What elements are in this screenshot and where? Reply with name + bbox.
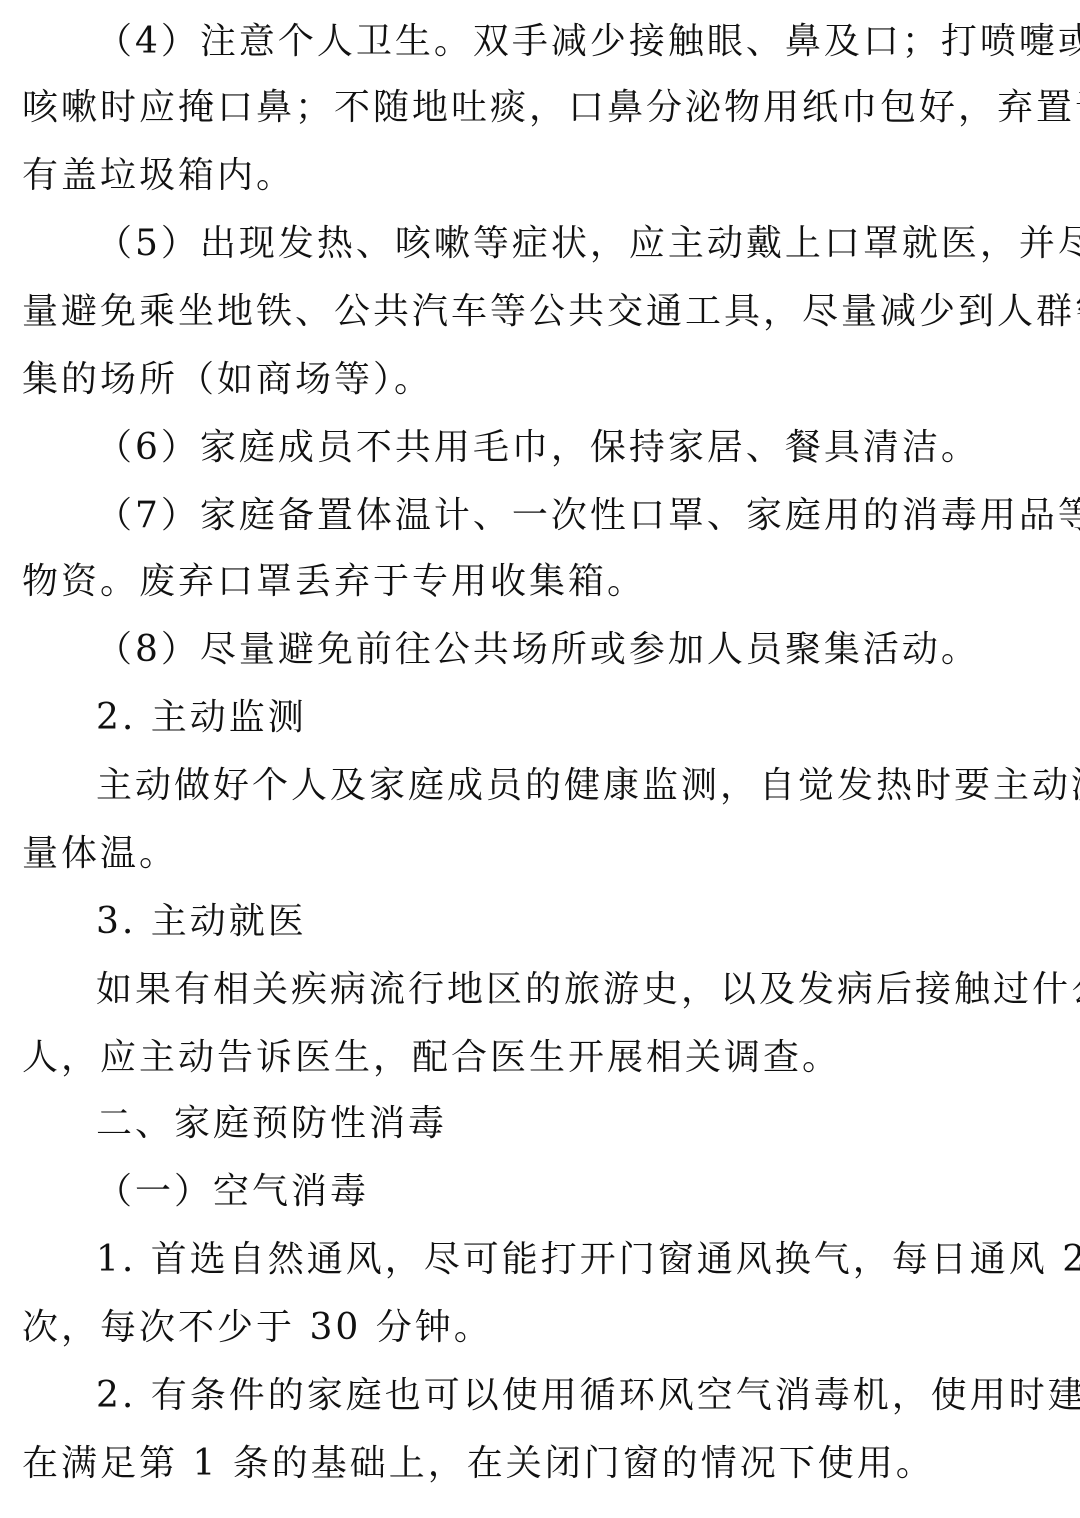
paragraph-line: 如果有相关疾病流行地区的旅游史，以及发病后接触过什么 (96, 966, 1062, 1014)
subsection-heading-air-disinfection: （一）空气消毒 (96, 1168, 1062, 1216)
paragraph-line: 1. 首选自然通风，尽可能打开门窗通风换气，每日通风 2-3 (96, 1236, 1062, 1284)
paragraph-line: 在满足第 1 条的基础上，在关闭门窗的情况下使用。 (22, 1440, 1062, 1488)
paragraph-line: （6）家庭成员不共用毛巾，保持家居、餐具清洁。 (96, 424, 1062, 472)
document-page: （4）注意个人卫生。双手减少接触眼、鼻及口；打喷嚏或 咳嗽时应掩口鼻；不随地吐痰… (0, 0, 1080, 1518)
section-heading-household-disinfection: 二、家庭预防性消毒 (96, 1100, 1062, 1148)
section-heading-active-monitoring: 2. 主动监测 (96, 694, 1062, 742)
paragraph-line: 集的场所（如商场等）。 (22, 356, 1062, 404)
paragraph-line: （4）注意个人卫生。双手减少接触眼、鼻及口；打喷嚏或 (96, 18, 1062, 66)
paragraph-line: 次，每次不少于 30 分钟。 (22, 1304, 1062, 1352)
paragraph-line: （7）家庭备置体温计、一次性口罩、家庭用的消毒用品等 (96, 492, 1062, 540)
paragraph-line: 物资。废弃口罩丢弃于专用收集箱。 (22, 558, 1062, 606)
paragraph-line: 主动做好个人及家庭成员的健康监测，自觉发热时要主动测 (96, 762, 1062, 810)
section-heading-seek-medical-care: 3. 主动就医 (96, 898, 1062, 946)
paragraph-line: 量体温。 (22, 830, 1062, 878)
paragraph-line: 2. 有条件的家庭也可以使用循环风空气消毒机，使用时建议 (96, 1372, 1062, 1420)
paragraph-line: 人，应主动告诉医生，配合医生开展相关调查。 (22, 1034, 1062, 1082)
paragraph-line: 量避免乘坐地铁、公共汽车等公共交通工具，尽量减少到人群密 (22, 288, 1062, 336)
paragraph-line: 咳嗽时应掩口鼻；不随地吐痰，口鼻分泌物用纸巾包好，弃置于 (22, 84, 1062, 132)
paragraph-line: 有盖垃圾箱内。 (22, 152, 1062, 200)
paragraph-line: （8）尽量避免前往公共场所或参加人员聚集活动。 (96, 626, 1062, 674)
paragraph-line: （5）出现发热、咳嗽等症状，应主动戴上口罩就医，并尽 (96, 220, 1062, 268)
